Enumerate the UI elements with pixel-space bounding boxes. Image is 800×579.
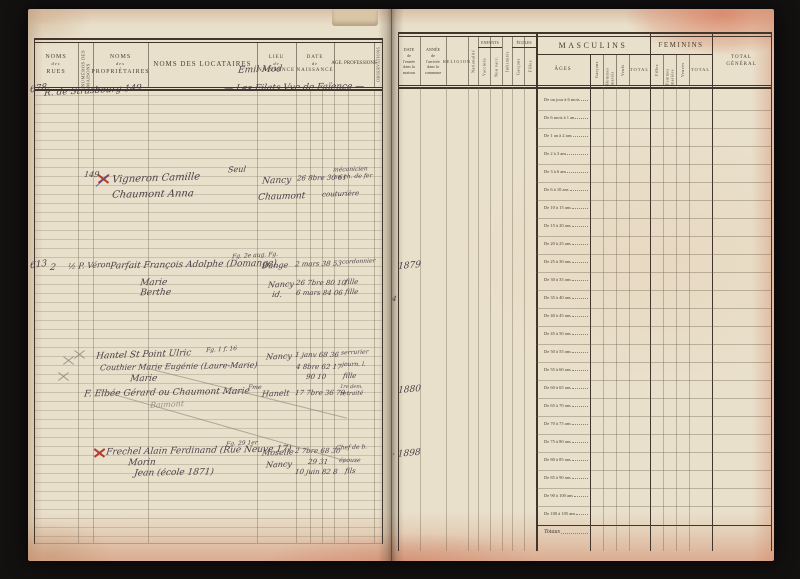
grid-line [34, 38, 35, 544]
handwriting-entry: 4 8bre 62 17 [296, 364, 342, 371]
grid-line [536, 290, 771, 291]
leader-dots [572, 370, 588, 371]
grid-line [536, 128, 771, 129]
age-category-row: De 6 à 10 ans [544, 185, 588, 192]
header-masculins: MASCULINS [536, 38, 650, 54]
age-category-label: De 15 à 20 ans [544, 223, 571, 228]
grid-line [590, 55, 591, 551]
handwriting-entry: 1 janv 68 36 [295, 352, 340, 359]
leader-dots [572, 334, 588, 335]
header-noms-locataires: NOMS DES LOCATAIRES [148, 42, 257, 87]
grid-line [629, 87, 630, 551]
leader-dots [572, 316, 588, 317]
grid-line [398, 87, 771, 89]
header-group-ecoles: ÉCOLES [512, 38, 536, 47]
leader-dots [581, 100, 588, 101]
header-line: Vaccinés [482, 57, 487, 75]
header-enfants-sub1: Vaccinés [478, 48, 490, 85]
handwriting-entry: Fme [248, 385, 262, 391]
age-category-row: De 2 à 3 ans [544, 149, 588, 156]
leader-dots [574, 496, 588, 497]
age-category-label: De 30 à 35 ans [544, 277, 571, 282]
handwriting-entry: Nancy [266, 353, 293, 362]
header-line: ENFANTS [481, 40, 499, 45]
handwriting-entry: Marie [139, 279, 167, 288]
age-category-label: De 2 à 3 ans [544, 151, 566, 156]
pencil-x-mark [73, 348, 86, 361]
leader-dots [573, 136, 588, 137]
grid-line [512, 87, 513, 551]
handwriting-entry: Jean (école 1871) [133, 468, 214, 478]
header-feminins-sub2: Femmes mariées [663, 55, 676, 85]
header-feminins-total: TOTAL [689, 55, 712, 85]
grid-line [771, 32, 772, 551]
age-category-row: De 90 à 100 ans [544, 491, 588, 498]
header-ecoles-sub2: Filles [524, 48, 536, 85]
age-category-row: De 1 an à 2 ans [544, 131, 588, 138]
handwriting-entry: Nancy [268, 281, 295, 290]
handwriting-entry: 29 31 [308, 459, 329, 466]
header-masculins-sub3: Veufs [616, 55, 629, 85]
header-line: Hommes mariés [605, 55, 615, 85]
handwriting-entry: Chef de b. [336, 444, 368, 451]
grid-line [490, 87, 491, 551]
grid-line [536, 254, 771, 255]
header-line: Veuves [680, 63, 685, 78]
handwriting-entry: fille [343, 373, 357, 380]
header-line: NOMS [45, 53, 66, 61]
grid-line [536, 344, 771, 345]
header-line: TOTAL [731, 55, 752, 62]
leader-dots [576, 514, 588, 515]
grid-line [93, 91, 94, 543]
totaux-row: Totaux [544, 529, 588, 535]
header-line: RUES [46, 68, 65, 76]
grid-line [382, 38, 383, 544]
photo-background: NOMS des RUES NUMÉROS DES MAISONS NOMS d… [0, 0, 800, 579]
header-masculins-total: TOTAL [629, 55, 650, 85]
age-category-row: De 70 à 75 ans [544, 419, 588, 426]
age-category-row: De 20 à 25 ans [544, 239, 588, 246]
header-feminins-sub1: Filles [650, 55, 663, 85]
age-category-label: De 25 à 30 ans [544, 259, 571, 264]
header-line: Garçons [516, 58, 521, 75]
grid-line [536, 236, 771, 237]
handwriting-entry: fille [345, 289, 359, 296]
age-category-row: De 40 à 45 ans [544, 311, 588, 318]
grid-line [536, 272, 771, 273]
age-category-label: De 6 à 10 ans [544, 187, 569, 192]
handwriting-entry: fille [345, 279, 359, 286]
handwriting-entry: 90 10 [306, 374, 327, 381]
handwriting-entry: Moselle [262, 448, 295, 457]
header-line: Garçons [594, 62, 599, 79]
age-category-label: De 55 à 60 ans [544, 367, 571, 372]
age-category-label: De 85 à 90 ans [544, 475, 571, 480]
grid-line [663, 87, 664, 551]
grid-line [536, 146, 771, 147]
grid-line [536, 182, 771, 183]
age-category-label: De 40 à 45 ans [544, 313, 571, 318]
handwriting-entry: Chaumont Anna [111, 189, 194, 200]
leader-dots [570, 190, 589, 191]
handwriting-entry: couturière [322, 190, 360, 198]
grid-line [536, 434, 771, 435]
grid-line [536, 200, 771, 201]
header-line: commune [425, 70, 442, 76]
header-masculins-sub2: Hommes mariés [603, 55, 616, 85]
leader-dots [572, 208, 588, 209]
grid-line [536, 525, 771, 526]
grid-line [689, 87, 690, 551]
leader-dots [572, 388, 588, 389]
header-line: Nationalité [471, 50, 476, 73]
leader-dots [572, 424, 588, 425]
header-infirmites: Infirmités [502, 38, 512, 85]
header-line: PROPRIÉTAIRES [91, 68, 149, 76]
handwriting-entry: Chaumont [258, 192, 306, 203]
age-category-label: De 20 à 25 ans [544, 241, 571, 246]
age-category-label: De 80 à 85 ans [544, 457, 571, 462]
header-age-professions: AGE. PROFESSIONS [334, 42, 374, 87]
age-category-row: De 10 à 15 ans [544, 203, 588, 210]
header-group-enfants: ENFANTS [478, 38, 502, 47]
age-category-row: De 3 à 6 ans [544, 167, 588, 174]
grid-line [502, 87, 503, 551]
grid-line [398, 36, 771, 37]
gutter-crease-line [391, 9, 392, 561]
leader-dots [572, 478, 588, 479]
age-category-row: De 15 à 20 ans [544, 221, 588, 228]
age-category-label: De 100 à 105 ans [544, 511, 575, 516]
age-category-row: De 60 à 65 ans [544, 383, 588, 390]
header-line: FEMININS [658, 41, 703, 50]
header-date-entree: DATE de l'entrée dans la maison [398, 38, 420, 85]
age-category-row: De 6 mois à 1 an [544, 113, 588, 120]
header-enfants-sub2: Non vacc. [490, 48, 502, 85]
header-line: Femmes mariées [665, 55, 675, 85]
leader-dots [572, 460, 588, 461]
header-line: RELIGION [443, 59, 471, 65]
age-category-label: De 3 à 6 ans [544, 169, 566, 174]
header-nationalite: Nationalité [468, 38, 478, 85]
grid-line [536, 470, 771, 471]
age-category-row: De 30 à 35 ans [544, 275, 588, 282]
grid-line [536, 416, 771, 417]
grid-line [257, 91, 258, 543]
age-category-label: De 75 à 80 ans [544, 439, 571, 444]
handwriting-entry: Dange [262, 262, 289, 271]
age-category-row: De 45 à 50 ans [544, 329, 588, 336]
handwriting-entry: 17 7bre 36 79 [295, 390, 346, 397]
pencil-x-mark [57, 370, 70, 383]
header-date-naissance: DATE de NAISSANCE [296, 42, 334, 87]
header-feminins: FEMININS [650, 38, 712, 54]
age-category-row: De 50 à 55 ans [544, 347, 588, 354]
age-category-label: De 90 à 100 ans [544, 493, 573, 498]
handwriting-entry: 2 mars 38 53 [295, 261, 343, 269]
handwriting-entry: serrurier [341, 350, 369, 357]
handwriting-entry: 6 mars 84 06 [296, 290, 344, 297]
handwriting-entry: Marie [129, 375, 157, 384]
age-category-label: De 45 à 50 ans [544, 331, 571, 336]
header-total-general: TOTAL GÉNÉRAL [712, 38, 771, 85]
header-line: TOTAL [630, 67, 649, 73]
grid-line [536, 488, 771, 489]
leader-dots [567, 154, 588, 155]
age-category-row: De un jour à 6 mois [544, 95, 588, 102]
header-line: NOMS [110, 53, 131, 61]
leader-dots [572, 280, 588, 281]
grid-line [536, 452, 771, 453]
age-category-label: De 6 mois à 1 an [544, 115, 574, 120]
grid-line [536, 506, 771, 507]
leader-dots [572, 298, 588, 299]
handwriting-entry: Emil Mod [238, 65, 283, 76]
age-category-row: De 25 à 30 ans [544, 257, 588, 264]
grid-line [398, 85, 771, 86]
page-tab [332, 10, 378, 26]
age-category-label: De 35 à 40 ans [544, 295, 571, 300]
leader-dots [572, 262, 588, 263]
leader-dots [572, 244, 588, 245]
leader-dots [572, 226, 588, 227]
leader-dots [572, 352, 588, 353]
handwriting-entry: id. [271, 291, 282, 299]
grid-line [34, 543, 383, 544]
header-ecoles-sub1: Garçons [512, 48, 524, 85]
grid-line [536, 218, 771, 219]
handwriting-entry: Berthe [139, 289, 171, 299]
header-religion: RELIGION [446, 38, 468, 85]
age-category-row: De 100 à 105 ans [544, 509, 588, 516]
grid-line [524, 87, 525, 551]
header-line: NOMS DES LOCATAIRES [153, 60, 251, 69]
header-line: NUMÉROS DES MAISONS [81, 42, 91, 87]
grid-line [536, 164, 771, 165]
header-line: ÉCOLES [516, 40, 531, 45]
header-line: Filles [528, 61, 533, 73]
age-category-row: De 35 à 40 ans [544, 293, 588, 300]
handwriting-entry: retraité [340, 391, 364, 398]
header-noms-proprietaires: NOMS des PROPRIÉTAIRES [93, 42, 148, 87]
header-line: Infirmités [505, 51, 510, 72]
leader-dots [575, 118, 588, 119]
header-line: LIEU [269, 55, 284, 62]
age-category-label: De 50 à 55 ans [544, 349, 571, 354]
handwriting-entry: journ. l. [342, 362, 367, 368]
handwriting-entry: fils [345, 468, 356, 475]
header-line: DATE [307, 55, 324, 62]
handwriting-entry: Morin [127, 459, 156, 469]
grid-line [676, 87, 677, 551]
header-line: GÉNÉRAL [726, 62, 756, 69]
header-line: Veufs [620, 64, 625, 76]
header-line: TOTAL [691, 67, 710, 73]
grid-line [348, 91, 349, 543]
leader-dots [572, 406, 588, 407]
header-noms-rues: NOMS des RUES [34, 42, 78, 87]
header-line: OBSERVATIONS [376, 47, 381, 82]
grid-line [34, 38, 383, 40]
header-annee-arrivee: ANNÉE de l'arrivée dans la commune [420, 38, 446, 85]
totaux-label: Totaux [544, 529, 560, 535]
age-category-label: De 70 à 75 ans [544, 421, 571, 426]
header-line: Filles [654, 64, 659, 76]
red-x-mark [93, 446, 106, 459]
grid-line [468, 87, 469, 551]
grid-line [374, 91, 375, 543]
header-line: maison [403, 70, 415, 76]
grid-line [536, 362, 771, 363]
header-observations: OBSERVATIONS [374, 42, 382, 87]
header-line: AGE. PROFESSIONS [331, 61, 377, 68]
age-category-row: De 75 à 80 ans [544, 437, 588, 444]
header-line: Non vacc. [494, 56, 499, 77]
handwriting-entry: Nancy [266, 461, 293, 470]
leader-dots [572, 442, 588, 443]
age-category-label: De un jour à 6 mois [544, 97, 580, 102]
grid-line [446, 87, 447, 551]
age-category-label: De 65 à 70 ans [544, 403, 571, 408]
handwriting-entry: 2 [49, 264, 56, 273]
header-feminins-sub3: Veuves [676, 55, 689, 85]
age-category-label: De 10 à 15 ans [544, 205, 571, 210]
grid-line [398, 32, 771, 34]
handwriting-entry: cordonnier [342, 258, 376, 265]
age-category-label: De 60 à 65 ans [544, 385, 571, 390]
handwriting-entry: 26 7bre 80 10 [296, 280, 347, 287]
header-numeros-maisons: NUMÉROS DES MAISONS [78, 42, 93, 87]
grid-line [536, 110, 771, 111]
grid-line [420, 87, 421, 551]
grid-line [78, 91, 79, 543]
grid-line [536, 326, 771, 327]
grid-line [398, 32, 399, 551]
leader-dots [567, 172, 588, 173]
handwriting-entry: 10 juin 82 8 [295, 469, 338, 476]
grid-line [603, 87, 604, 551]
age-category-row: De 85 à 90 ans [544, 473, 588, 480]
age-category-row: De 65 à 70 ans [544, 401, 588, 408]
age-category-row: De 80 à 85 ans [544, 455, 588, 462]
grid-line [536, 308, 771, 309]
leader-dots [561, 533, 588, 534]
age-category-label: De 1 an à 2 ans [544, 133, 572, 138]
grid-line [478, 87, 479, 551]
age-category-row: De 55 à 60 ans [544, 365, 588, 372]
header-line: ÂGES [554, 67, 571, 74]
grid-line [536, 398, 771, 399]
grid-line [536, 380, 771, 381]
header-masculins-sub1: Garçons [590, 55, 603, 85]
grid-line [616, 87, 617, 551]
header-ages: ÂGES [536, 55, 590, 85]
header-line: MASCULINS [559, 41, 628, 52]
header-line: NAISSANCE [296, 68, 333, 75]
handwriting-entry: Nancy [262, 176, 292, 186]
handwriting-entry: Seul [228, 166, 247, 175]
